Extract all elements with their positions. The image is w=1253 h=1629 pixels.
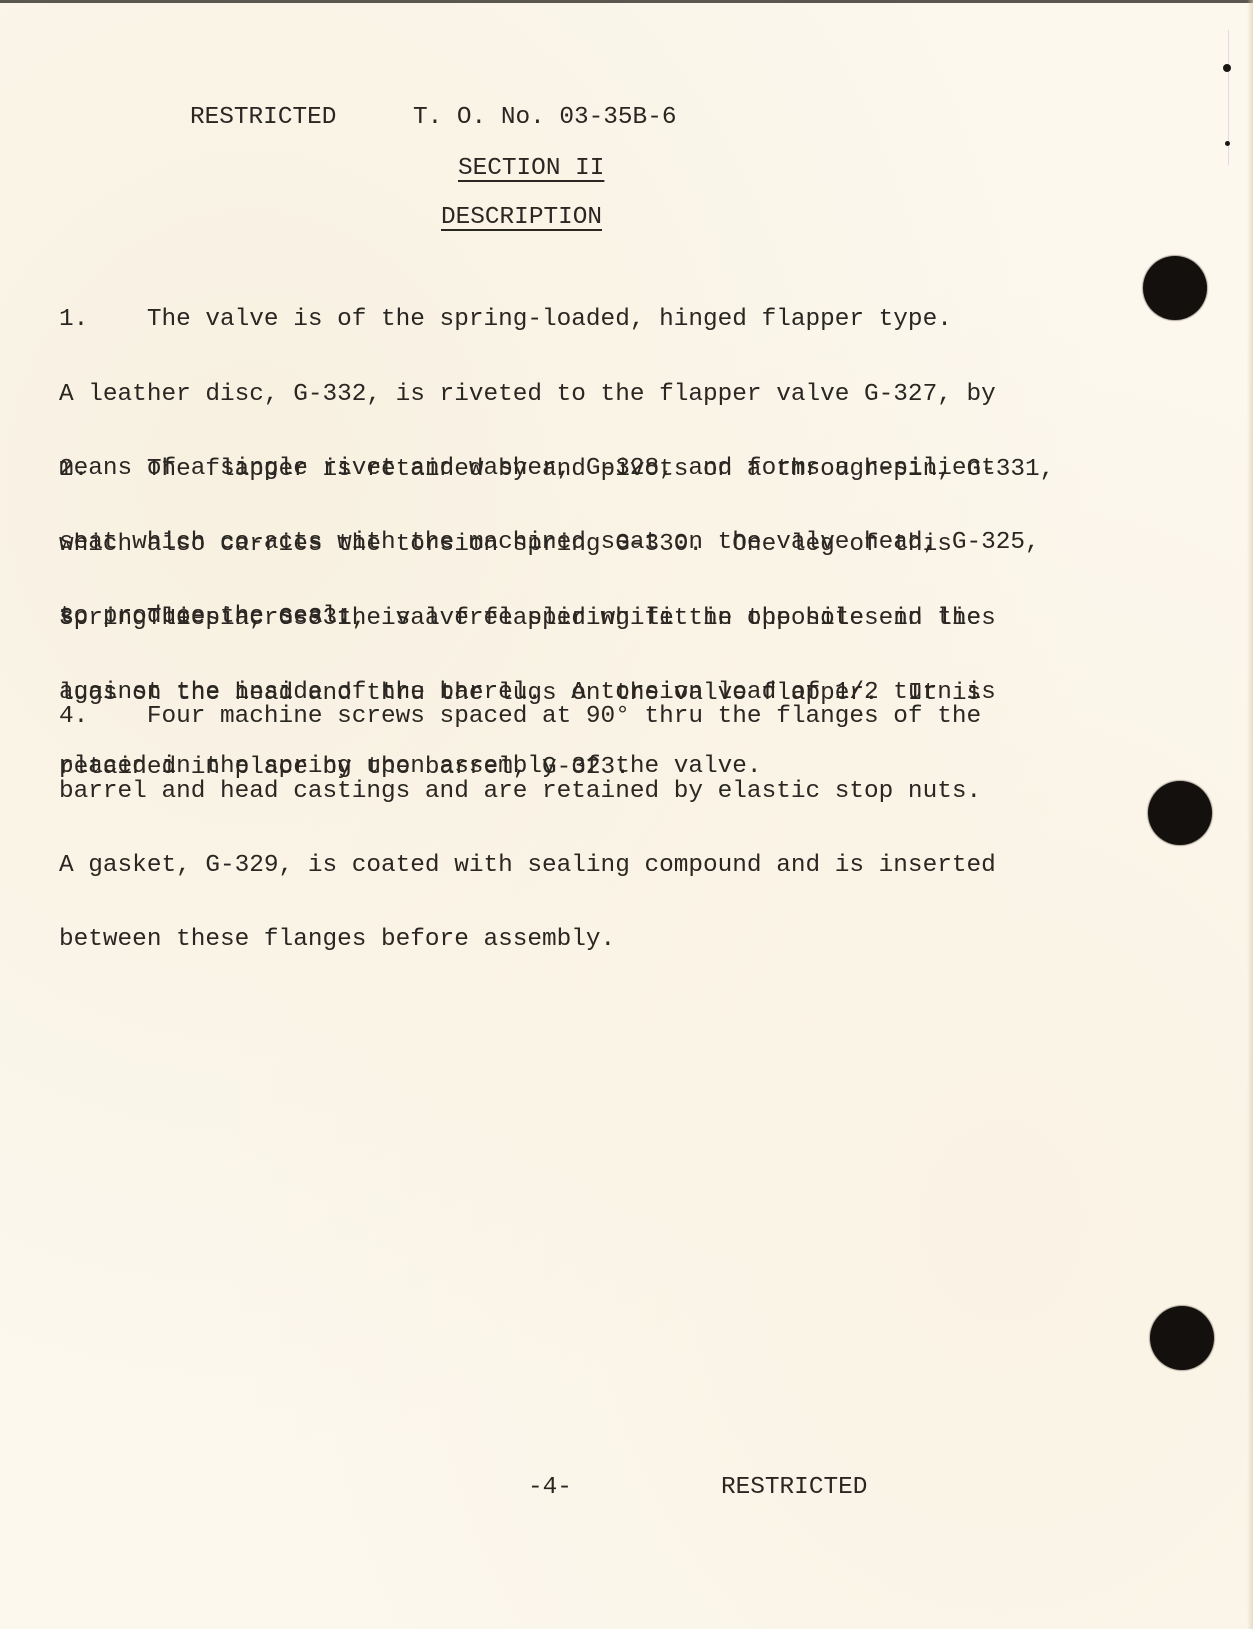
paragraph-line: between these flanges before assembly. (59, 928, 996, 953)
header-classification: RESTRICTED (190, 106, 336, 131)
paragraph-line: 4. Four machine screws spaced at 90° thr… (59, 705, 996, 730)
page-top-edge (0, 0, 1253, 3)
header-technical-order: T. O. No. 03-35B-6 (413, 106, 676, 131)
binder-hole (1143, 256, 1207, 320)
footer-page-number: -4- (528, 1476, 572, 1501)
paragraph-4: 4. Four machine screws spaced at 90° thr… (59, 656, 996, 977)
margin-dot (1225, 141, 1230, 146)
paragraph-line: 2. The flapper is retained by and pivots… (59, 458, 1054, 483)
section-subtitle: DESCRIPTION (441, 206, 602, 231)
paragraph-line: A gasket, G-329, is coated with sealing … (59, 854, 996, 879)
paragraph-line: 3. The pin, G-331, is a free sliding fit… (59, 607, 981, 632)
page-right-edge (1247, 0, 1253, 1629)
paragraph-line: 1. The valve is of the spring-loaded, hi… (59, 308, 1040, 333)
paragraph-line: which also carries the torsion spring G-… (59, 533, 1054, 558)
binder-hole (1148, 781, 1212, 845)
binder-hole (1150, 1306, 1214, 1370)
footer-classification: RESTRICTED (721, 1476, 867, 1501)
margin-dot (1223, 64, 1231, 72)
paragraph-line: barrel and head castings and are retaine… (59, 780, 996, 805)
section-title: SECTION II (458, 157, 604, 182)
paragraph-line: A leather disc, G-332, is riveted to the… (59, 383, 1040, 408)
